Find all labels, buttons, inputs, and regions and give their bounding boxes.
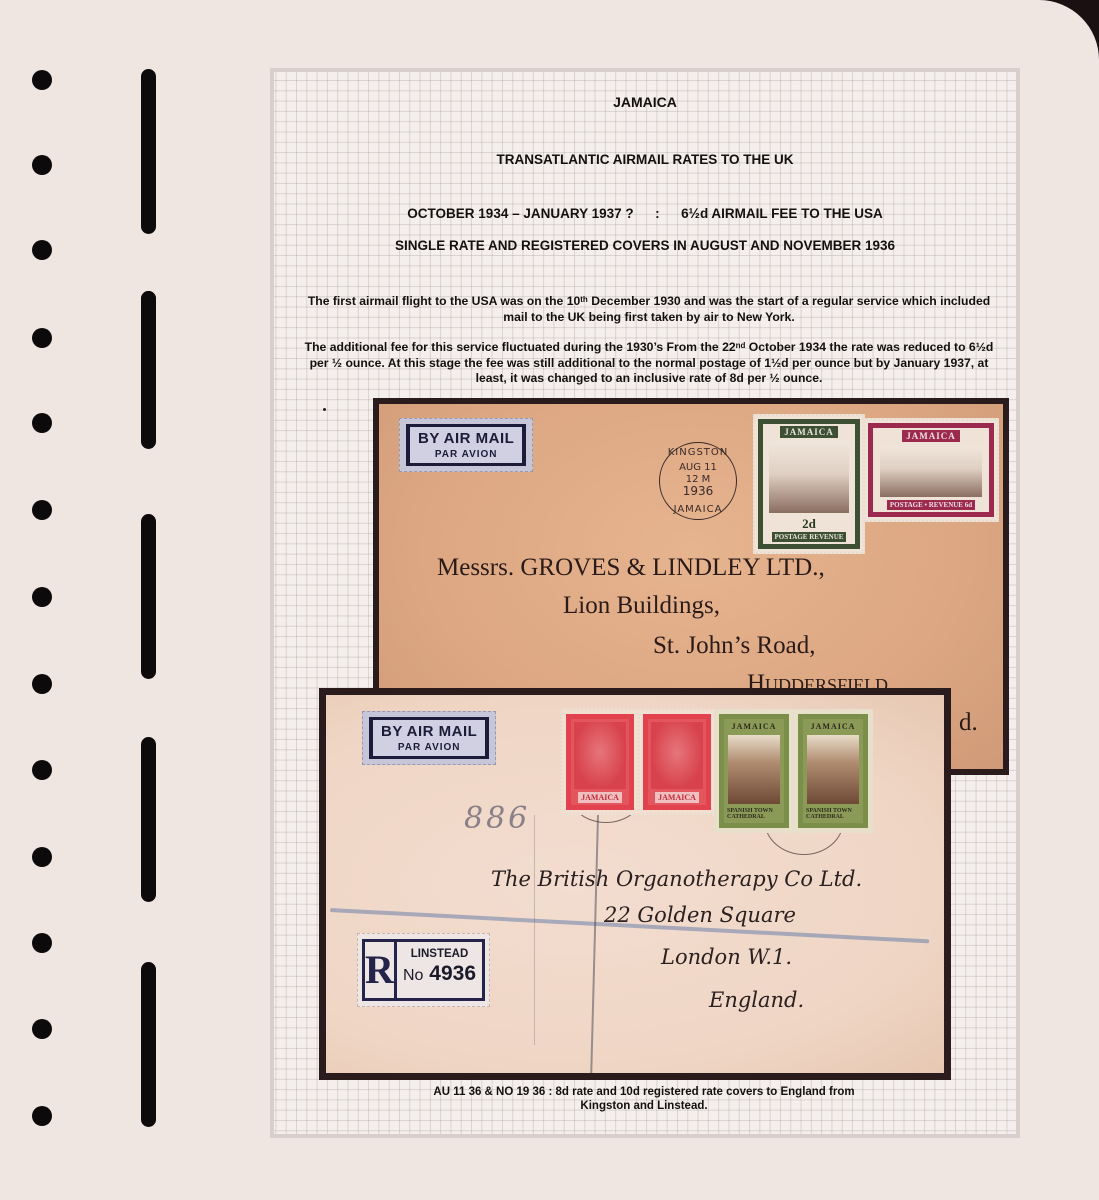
binder-slot	[141, 962, 156, 1127]
registration-town: LINSTEAD	[403, 948, 476, 960]
binder-hole	[32, 413, 52, 433]
stamp-country: JAMAICA	[807, 721, 860, 732]
registration-label: R LINSTEAD No 4936	[357, 933, 490, 1007]
covers-caption: AU 11 36 & NO 19 36 : 8d rate and 10d re…	[364, 1085, 924, 1113]
handwritten-address-line: 22 Golden Square	[604, 903, 796, 927]
binder-hole	[32, 328, 52, 348]
rate-paragraph: The additional fee for this service fluc…	[304, 340, 994, 387]
stamp-footer: SPANISH TOWN CATHEDRAL	[803, 807, 863, 821]
cathedral-scene	[807, 735, 860, 804]
caption-line: AU 11 36 & NO 19 36 : 8d rate and 10d re…	[364, 1085, 924, 1099]
paragraph-text: The additional fee for this service fluc…	[305, 340, 736, 354]
registration-letter: R	[365, 942, 397, 998]
registration-crayon-line	[590, 785, 600, 1073]
address-line: Lion Buildings,	[563, 592, 720, 620]
postmark-date: AUG 11	[660, 462, 736, 473]
stamp-country: JAMAICA	[780, 426, 838, 438]
address-line: St. John’s Road,	[653, 632, 816, 660]
album-page: JAMAICA TRANSATLANTIC AIRMAIL RATES TO T…	[0, 0, 1099, 1200]
airmail-label-sub: PAR AVION	[381, 742, 477, 753]
postmark-town: KINGSTON	[660, 447, 736, 458]
period-range: OCTOBER 1934 – JANUARY 1937 ?	[407, 206, 633, 221]
binder-slot	[141, 514, 156, 679]
stamp-footer: POSTAGE REVENUE	[772, 532, 847, 542]
stamp-4d-green-brown: JAMAICA SPANISH TOWN CATHEDRAL	[714, 709, 794, 833]
page-country-heading: JAMAICA	[274, 94, 1016, 110]
airmail-label: BY AIR MAIL PAR AVION	[399, 418, 533, 472]
paragraph-text: The first airmail flight to the USA was …	[308, 294, 580, 308]
registration-no-prefix: No	[403, 967, 423, 984]
pencil-line	[534, 815, 535, 1045]
stamp-country: JAMAICA	[728, 721, 781, 732]
stamp-country: JAMAICA	[902, 430, 960, 442]
ordinal-suffix: th	[580, 295, 588, 304]
envelope: BY AIR MAIL PAR AVION JAMAICA JAMAICA JA…	[326, 695, 944, 1073]
caption-line: Kingston and Linstead.	[364, 1099, 924, 1113]
binder-hole	[32, 70, 52, 90]
page-title: TRANSATLANTIC AIRMAIL RATES TO THE UK	[274, 152, 1016, 167]
binder-hole	[32, 155, 52, 175]
binder-hole	[32, 1106, 52, 1126]
binder-hole	[32, 1019, 52, 1039]
stamp-palm-scene	[769, 441, 850, 513]
stamp-value: 6d	[965, 501, 972, 509]
binder-hole	[32, 240, 52, 260]
period-separator: :	[637, 206, 677, 221]
stamp-2d-green: JAMAICA 2d POSTAGE REVENUE	[753, 414, 865, 554]
postmark-year: 1936	[660, 486, 736, 497]
binder-hole	[32, 847, 52, 867]
registration-number: No 4936	[403, 962, 476, 986]
binder-slot	[141, 69, 156, 234]
airmail-label: BY AIR MAIL PAR AVION	[362, 711, 496, 765]
cover-linstead-registered[interactable]: BY AIR MAIL PAR AVION JAMAICA JAMAICA JA…	[319, 688, 951, 1080]
registration-number-value: 4936	[429, 962, 476, 985]
stamp-value: 2d	[802, 516, 816, 532]
airmail-label-main: BY AIR MAIL	[381, 723, 477, 740]
binder-hole	[32, 760, 52, 780]
stamp-country: JAMAICA	[578, 792, 622, 803]
intro-paragraph: The first airmail flight to the USA was …	[304, 294, 994, 325]
period-heading: OCTOBER 1934 – JANUARY 1937 ? : 6½d AIRM…	[274, 206, 1016, 221]
pencil-dot	[323, 408, 326, 411]
binder-hole	[32, 933, 52, 953]
postmark-country: JAMAICA	[660, 504, 736, 515]
pencil-annotation: 886	[464, 801, 530, 836]
binder-hole	[32, 500, 52, 520]
stamp-country: JAMAICA	[655, 792, 699, 803]
binder-slot	[141, 291, 156, 449]
address-line: Messrs. GROVES & LINDLEY LTD.,	[437, 554, 825, 582]
handwritten-address-line: London W.1.	[661, 945, 792, 969]
address-line: d.	[959, 709, 978, 737]
binder-hole	[32, 674, 52, 694]
stamp-footer: POSTAGE • REVENUE 6d	[887, 500, 975, 510]
period-fee: 6½d AIRMAIL FEE TO THE USA	[681, 206, 883, 221]
kingston-postmark: KINGSTON AUG 11 12 M 1936 JAMAICA	[659, 442, 737, 520]
airmail-label-main: BY AIR MAIL	[418, 430, 514, 447]
king-portrait	[574, 722, 625, 789]
king-portrait	[651, 722, 702, 789]
stamp-1d-red: JAMAICA JAMAICA	[638, 709, 716, 815]
stamp-1d-red: JAMAICA JAMAICA	[561, 709, 639, 815]
ordinal-suffix: nd	[736, 341, 746, 350]
page-subtitle: SINGLE RATE AND REGISTERED COVERS IN AUG…	[274, 238, 1016, 253]
stamp-footer: SPANISH TOWN CATHEDRAL	[724, 807, 784, 821]
handwritten-address-line: The British Organotherapy Co Ltd.	[491, 867, 862, 891]
cathedral-scene	[728, 735, 781, 804]
stamp-4d-green-brown: JAMAICA SPANISH TOWN CATHEDRAL	[793, 709, 873, 833]
handwritten-address-line: England.	[709, 988, 804, 1012]
stamp-6d-claret: JAMAICA POSTAGE • REVENUE 6d	[863, 418, 999, 522]
airmail-label-sub: PAR AVION	[418, 449, 514, 460]
stamp-river-scene	[880, 445, 982, 497]
binder-hole	[32, 587, 52, 607]
binder-slot	[141, 737, 156, 902]
